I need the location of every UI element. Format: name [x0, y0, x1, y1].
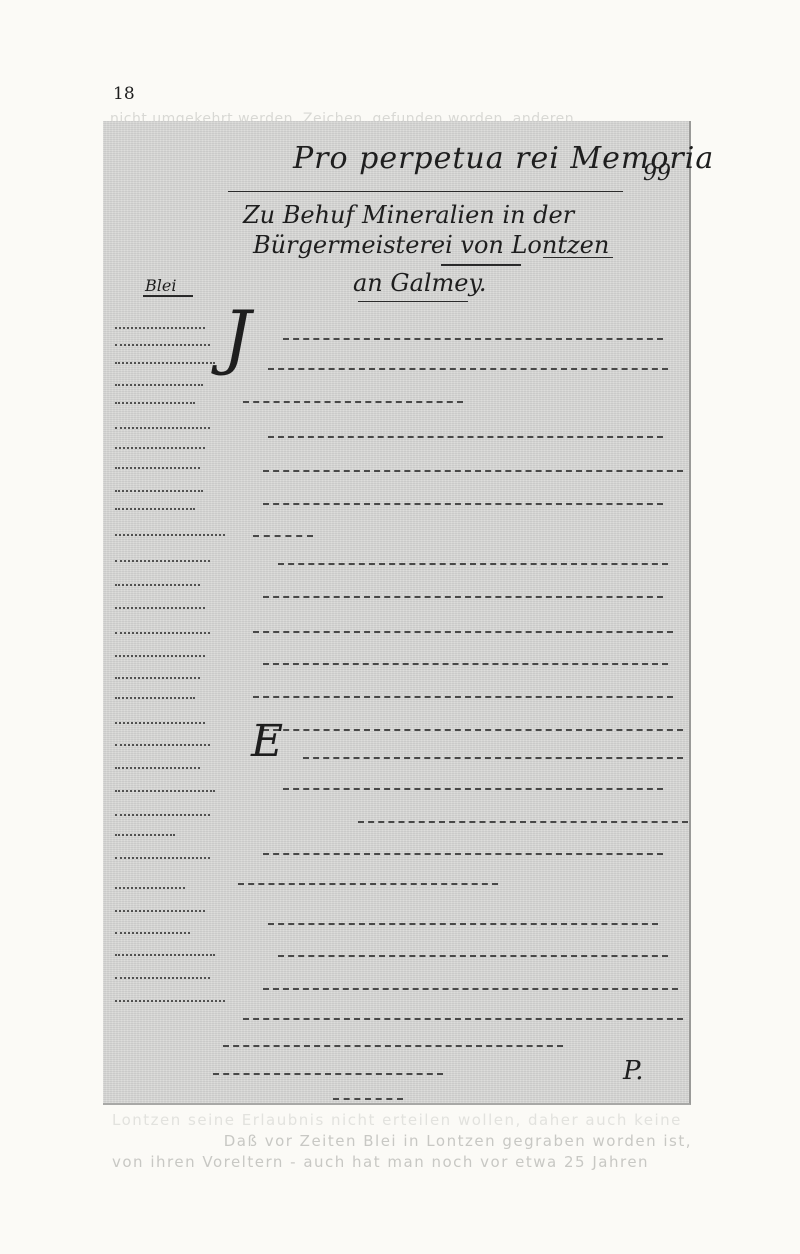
heading-underline — [441, 264, 521, 266]
margin-note-line — [115, 886, 185, 889]
margin-note-line — [115, 953, 215, 956]
margin-note-line — [115, 533, 225, 536]
margin-note-line — [115, 766, 200, 769]
handwriting-line — [268, 366, 668, 370]
margin-note-line — [115, 606, 205, 609]
margin-note-line — [115, 654, 205, 657]
handwriting-line — [243, 399, 463, 403]
initial-letter-e: E — [251, 716, 283, 767]
margin-note-line — [115, 909, 205, 912]
folio-number: 99 — [643, 161, 671, 186]
margin-heading: Blei — [145, 276, 176, 295]
margin-note-line — [115, 343, 210, 346]
heading-3-underline — [358, 301, 468, 302]
margin-heading-underline — [143, 295, 193, 297]
bleed-through-text-bottom: Lontzen seine Erlaubnis nicht erteilen w… — [112, 1110, 702, 1173]
margin-note-line — [115, 401, 195, 404]
handwriting-line — [253, 533, 313, 537]
handwriting-line — [223, 1043, 563, 1047]
handwriting-line — [303, 755, 683, 759]
handwriting-line — [213, 1071, 443, 1075]
bleed-line-3: von ihren Voreltern - auch hat man noch … — [112, 1152, 702, 1173]
handwriting-line — [263, 986, 678, 990]
handwriting-line — [263, 468, 683, 472]
margin-note-line — [115, 489, 203, 492]
title-underline — [228, 191, 623, 192]
handwriting-line — [263, 727, 683, 731]
margin-note-line — [115, 676, 200, 679]
heading-line-2: Bürgermeisterei von Lontzen — [253, 231, 609, 259]
margin-note-line — [115, 813, 210, 816]
handwriting-line — [278, 953, 668, 957]
heading-line-3: an Galmey. — [353, 269, 487, 297]
margin-note-line — [115, 789, 215, 792]
handwriting-line — [263, 851, 663, 855]
handwriting-line — [243, 1016, 683, 1020]
handwriting-line — [253, 694, 673, 698]
margin-note-line — [115, 559, 210, 562]
signature-mark: P. — [623, 1056, 644, 1086]
bleed-line-2: Daß vor Zeiten Blei in Lontzen gegraben … — [112, 1131, 702, 1152]
initial-letter-j: J — [223, 296, 251, 378]
margin-note-line — [115, 833, 175, 836]
margin-note-line — [115, 326, 205, 329]
handwriting-line — [333, 1096, 403, 1100]
handwriting-line — [253, 629, 673, 633]
margin-note-line — [115, 466, 200, 469]
margin-note-line — [115, 976, 210, 979]
handwriting-line — [278, 561, 668, 565]
handwriting-line — [268, 921, 658, 925]
handwriting-line — [238, 881, 498, 885]
handwriting-line — [263, 594, 663, 598]
margin-note-line — [115, 426, 210, 429]
handwriting-line — [358, 819, 688, 823]
margin-note-line — [115, 721, 205, 724]
bleed-line-1: Lontzen seine Erlaubnis nicht erteilen w… — [112, 1110, 702, 1131]
handwriting-line — [283, 786, 663, 790]
margin-note-line — [115, 696, 195, 699]
heading-line-1: Zu Behuf Mineralien in der — [243, 201, 574, 229]
page-number: 18 — [113, 84, 135, 104]
margin-note-line — [115, 743, 210, 746]
handwriting-line — [263, 661, 668, 665]
margin-note-line — [115, 856, 210, 859]
manuscript-facsimile: Pro perpetua rei Memoria 99 Zu Behuf Min… — [103, 121, 691, 1105]
margin-note-line — [115, 361, 215, 364]
margin-note-line — [115, 383, 203, 386]
margin-note-line — [115, 446, 205, 449]
handwriting-line — [268, 434, 663, 438]
handwriting-line — [263, 501, 663, 505]
margin-note-line — [115, 631, 210, 634]
handwriting-line — [283, 336, 663, 340]
margin-note-line — [115, 931, 190, 934]
margin-note-line — [115, 999, 225, 1002]
heading-dash — [543, 257, 613, 258]
margin-note-line — [115, 507, 195, 510]
margin-note-line — [115, 583, 200, 586]
